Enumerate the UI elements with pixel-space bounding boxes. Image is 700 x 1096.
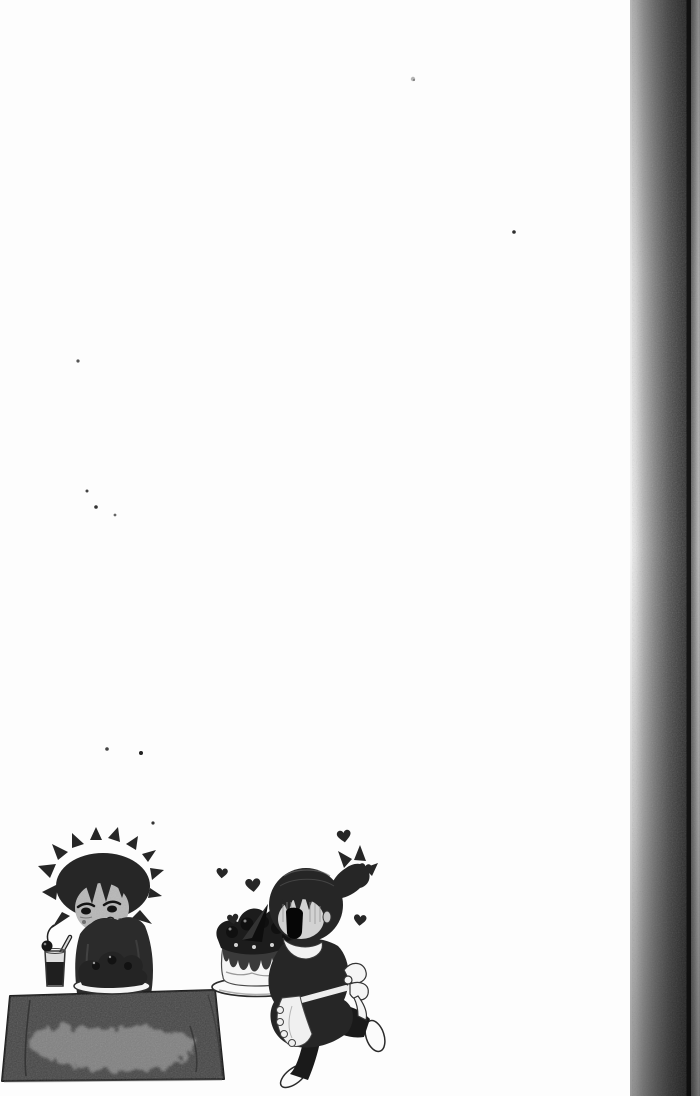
paper-speck xyxy=(139,751,143,755)
paper-speck xyxy=(114,514,117,517)
manga-page-scan: Scanned manga book page: blank white pap… xyxy=(0,0,700,1096)
paper-speck xyxy=(413,79,415,81)
book-spine-shadow: Scanned manga book page: blank white pap… xyxy=(630,0,700,1096)
spine-vertical-shading xyxy=(630,0,700,1096)
maid-ear xyxy=(323,911,331,923)
paper-speck xyxy=(86,490,89,493)
paper-speck xyxy=(105,747,109,751)
scanned-page: Scanned manga book page: blank white pap… xyxy=(0,0,700,1096)
paper-speck xyxy=(512,230,516,234)
cherry-highlight xyxy=(44,943,47,946)
maid-mouth xyxy=(286,908,303,939)
paper-speck xyxy=(94,505,98,509)
table: cloth-covered table xyxy=(0,985,230,1085)
soda-liquid xyxy=(46,962,64,985)
cherry xyxy=(42,941,53,952)
paper-speck xyxy=(76,359,79,362)
paper-speck xyxy=(151,821,154,824)
